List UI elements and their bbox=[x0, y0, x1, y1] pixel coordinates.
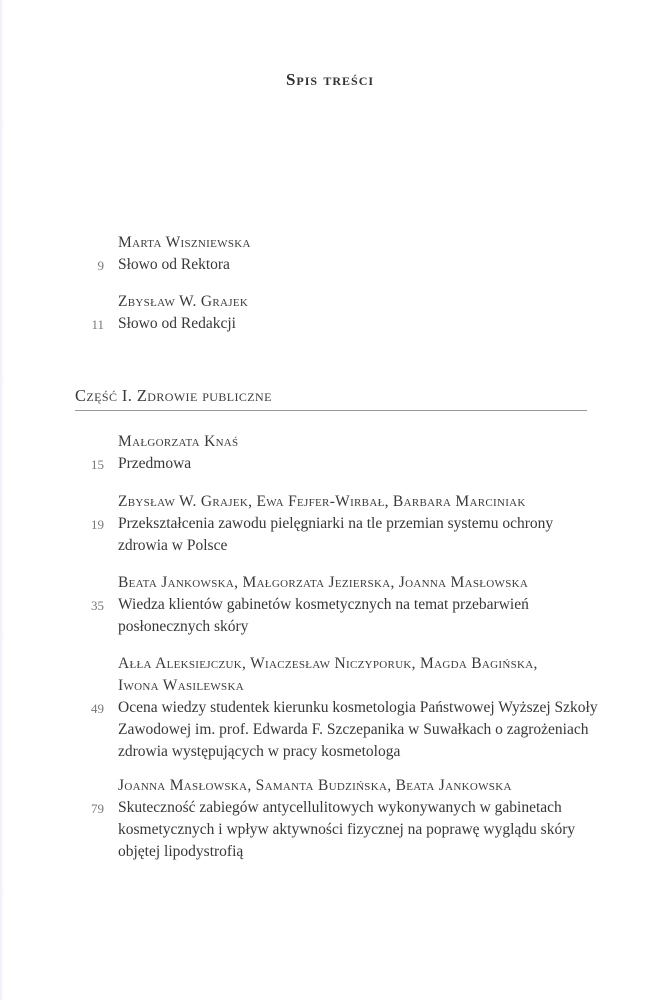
toc-entry-editorial[interactable]: Zbysław W. Grajek 11 Słowo od Redakcji bbox=[118, 291, 618, 335]
entry-authors-line: Iwona Wasilewska bbox=[118, 675, 618, 697]
entry-authors: Beata Jankowska, Małgorzata Jezierska, J… bbox=[118, 572, 618, 594]
toc-entry-rector[interactable]: Marta Wiszniewska 9 Słowo od Rektora bbox=[118, 232, 618, 276]
entry-title: 49 Ocena wiedzy studentek kierunku kosme… bbox=[118, 697, 618, 763]
entry-title-line: kosmetycznych i wpływ aktywności fizyczn… bbox=[118, 819, 618, 841]
page-number: 9 bbox=[80, 255, 104, 277]
page-number: 49 bbox=[80, 698, 104, 720]
page-title: Spis treści bbox=[0, 70, 660, 90]
entry-title: 11 Słowo od Redakcji bbox=[118, 313, 618, 335]
entry-title-line: Ocena wiedzy studentek kierunku kosmetol… bbox=[118, 697, 618, 719]
page-number: 19 bbox=[80, 514, 104, 536]
entry-title-line: Słowo od Rektora bbox=[118, 256, 230, 273]
entry-title: 19 Przekształcenia zawodu pielęgniarki n… bbox=[118, 513, 618, 557]
page-edge bbox=[0, 0, 4, 1000]
entry-title-line: objętej lipodystrofią bbox=[118, 841, 618, 863]
page-number: 35 bbox=[80, 595, 104, 617]
page-number: 15 bbox=[80, 454, 104, 476]
entry-title-line: Słowo od Redakcji bbox=[118, 315, 236, 332]
toc-entry-anticellulite[interactable]: Joanna Masłowska, Samanta Budzińska, Bea… bbox=[118, 775, 618, 863]
entry-authors: Joanna Masłowska, Samanta Budzińska, Bea… bbox=[118, 775, 618, 797]
entry-title-line: Zawodowej im. prof. Edwarda F. Szczepani… bbox=[118, 719, 618, 741]
entry-authors: Małgorzata Knaś bbox=[118, 431, 618, 453]
entry-title-line: Przedmowa bbox=[118, 455, 191, 472]
section-heading: Część I. Zdrowie publiczne bbox=[75, 386, 587, 411]
toc-entry-przedmowa[interactable]: Małgorzata Knaś 15 Przedmowa bbox=[118, 431, 618, 475]
entry-title-line: Wiedza klientów gabinetów kosmetycznych … bbox=[118, 594, 618, 616]
entry-title-line: zdrowia występujących w pracy kosmetolog… bbox=[118, 741, 618, 763]
entry-authors-line: Ałła Aleksiejczuk, Wiaczesław Niczyporuk… bbox=[118, 653, 618, 675]
entry-authors: Marta Wiszniewska bbox=[118, 232, 618, 254]
entry-title-line: posłonecznych skóry bbox=[118, 616, 618, 638]
toc-entry-nursing[interactable]: Zbysław W. Grajek, Ewa Fejfer-Wirbał, Ba… bbox=[118, 491, 618, 557]
page-number: 79 bbox=[80, 798, 104, 820]
entry-authors: Zbysław W. Grajek, Ewa Fejfer-Wirbał, Ba… bbox=[118, 491, 618, 513]
entry-title: 35 Wiedza klientów gabinetów kosmetyczny… bbox=[118, 594, 618, 638]
entry-title: 79 Skuteczność zabiegów antycellulitowyc… bbox=[118, 797, 618, 863]
page-number: 11 bbox=[80, 314, 104, 336]
entry-title-line: zdrowia w Polsce bbox=[118, 535, 618, 557]
entry-title-line: Skuteczność zabiegów antycellulitowych w… bbox=[118, 797, 618, 819]
toc-entry-cosmetology-students[interactable]: Ałła Aleksiejczuk, Wiaczesław Niczyporuk… bbox=[118, 653, 618, 763]
toc-entry-discoloration[interactable]: Beata Jankowska, Małgorzata Jezierska, J… bbox=[118, 572, 618, 638]
entry-title: 9 Słowo od Rektora bbox=[118, 254, 618, 276]
entry-authors: Zbysław W. Grajek bbox=[118, 291, 618, 313]
entry-title: 15 Przedmowa bbox=[118, 453, 618, 475]
entry-title-line: Przekształcenia zawodu pielęgniarki na t… bbox=[118, 513, 618, 535]
